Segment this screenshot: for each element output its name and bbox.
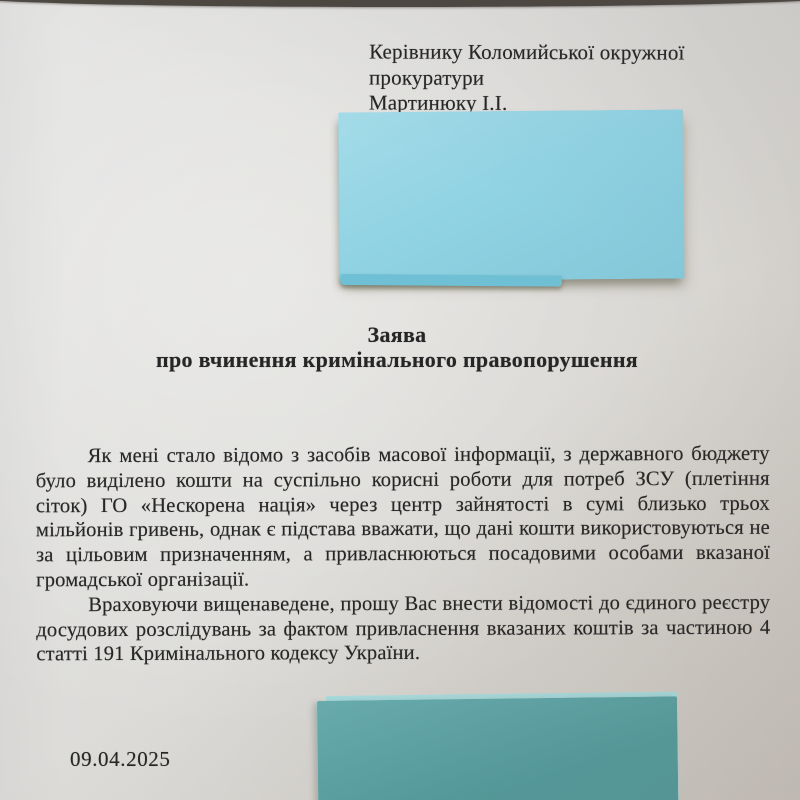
sticky-note-bottom [317,696,678,800]
title-line-1: Заява [0,323,794,348]
sticky-note-top [338,109,684,281]
document-body: Як мені стало відомо з засобів масової і… [36,442,771,668]
recipient-block: Керівнику Коломийської окружної прокурат… [369,39,685,117]
body-paragraph-2: Враховуючи вищенаведене, прошу Вас внест… [36,590,770,667]
document-title: Заява про вчинення кримінального правопо… [0,323,794,372]
title-line-2: про вчинення кримінального правопорушенн… [0,348,794,373]
sticky-note-top-fold [341,274,562,287]
table-edge [0,0,800,7]
date-text: 09.04.2025 [70,747,171,772]
recipient-line-1: Керівнику Коломийської окружної [369,39,685,66]
body-paragraph-1: Як мені стало відомо з засобів масової і… [36,442,771,593]
recipient-line-2: прокуратури [369,65,685,92]
document-photo: Керівнику Коломийської окружної прокурат… [0,0,800,800]
